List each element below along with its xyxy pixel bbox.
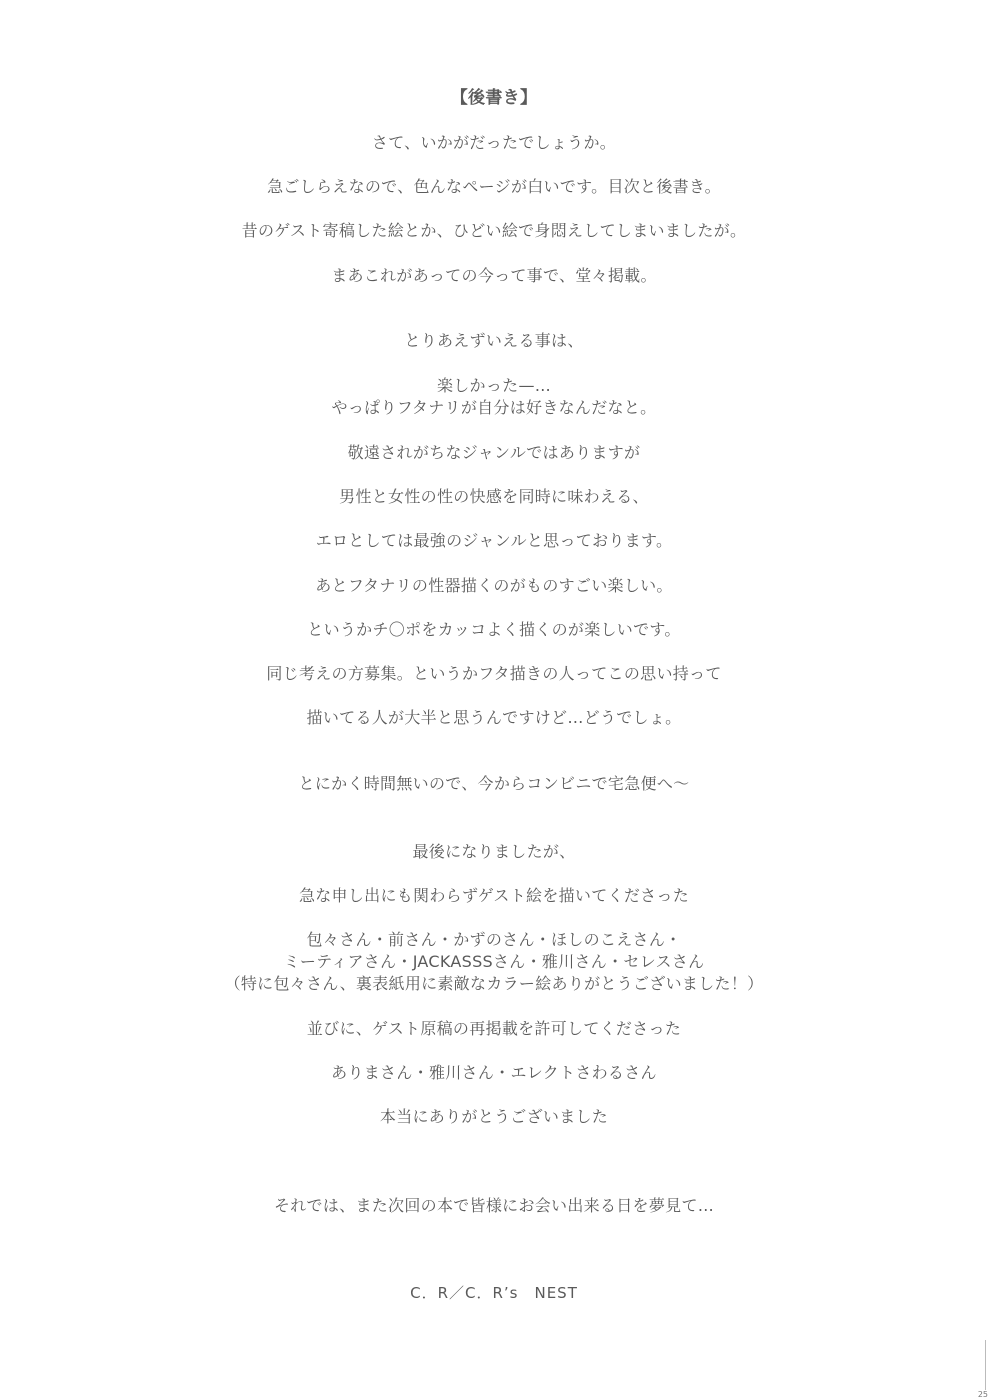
text-line: 男性と女性の性の快感を同時に味わえる、 (0, 487, 988, 507)
closing-line: それでは、また次回の本で皆様にお会い出来る日を夢見て… (0, 1196, 988, 1216)
text-line: とにかく時間無いので、今からコンビニで宅急便へ～ (0, 774, 988, 794)
text-line: あとフタナリの性器描くのがものすごい楽しい。 (0, 576, 988, 596)
circle-signature: C．R／C．R’s NEST (0, 1283, 988, 1303)
text-line: 描いてる人が大半と思うんですけど…どうでしょ。 (0, 708, 988, 728)
text-line: 本当にありがとうございました (0, 1107, 988, 1127)
text-line: やっぱりフタナリが自分は好きなんだなと。 (0, 398, 988, 418)
text-line: まあこれがあっての今って事で、堂々掲載。 (0, 266, 988, 286)
text-line: というかチ〇ポをカッコよく描くのが楽しいです。 (0, 620, 988, 640)
text-line: 並びに、ゲスト原稿の再掲載を許可してくださった (0, 1019, 988, 1039)
guest-note-line: （特に包々さん、裏表紙用に素敵なカラー絵ありがとうございました！） (0, 974, 988, 994)
afterword-page: 【後書き】 さて、いかがだったでしょうか。 急ごしらえなので、色んなページが白い… (0, 0, 988, 1400)
text-line: 敬遠されがちなジャンルではありますが (0, 443, 988, 463)
page-edge-line (985, 1340, 986, 1390)
text-line: 同じ考えの方募集。というかフタ描きの人ってこの思い持って (0, 664, 988, 684)
text-line: 昔のゲスト寄稿した絵とか、ひどい絵で身悶えしてしまいましたが。 (0, 221, 988, 241)
guest-list-line: 包々さん・前さん・かずのさん・ほしのこえさん・ (0, 930, 988, 950)
text-line: 楽しかった—… (0, 376, 988, 396)
guest-list-line: ミーティアさん・JACKASSSさん・雅川さん・セレスさん (0, 952, 988, 972)
text-line: 急な申し出にも関わらずゲスト絵を描いてくださった (0, 886, 988, 906)
text-line: さて、いかがだったでしょうか。 (0, 133, 988, 153)
reprint-list-line: ありまさん・雅川さん・エレクトさわるさん (0, 1063, 988, 1083)
text-line: エロとしては最強のジャンルと思っております。 (0, 531, 988, 551)
page-number: 25 (978, 1390, 988, 1400)
text-line: 急ごしらえなので、色んなページが白いです。目次と後書き。 (0, 177, 988, 197)
afterword-title: 【後書き】 (0, 88, 988, 108)
text-line: とりあえずいえる事は、 (0, 331, 988, 351)
text-line: 最後になりましたが、 (0, 842, 988, 862)
